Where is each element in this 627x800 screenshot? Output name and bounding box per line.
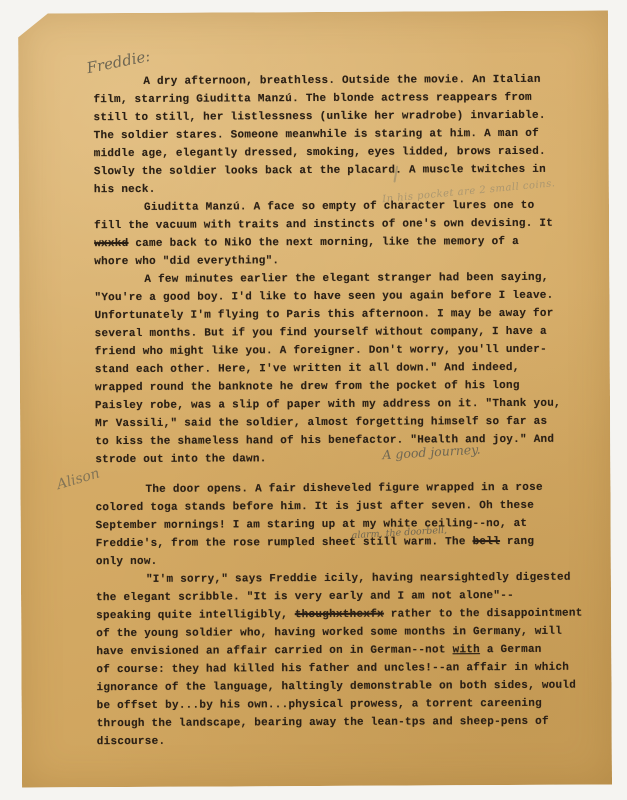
typed-line: through the landscape, bearing away the … [97, 713, 589, 734]
photo-background: { "document": { "colors": { "background"… [0, 0, 627, 800]
typed-line: discourse. [97, 731, 589, 752]
typed-line: Slowly the soldier looks back at the pla… [94, 161, 586, 182]
typed-line: Freddie's, from the rose rumpled sheet s… [96, 533, 588, 554]
typed-line: to kiss the shameless hand of his benefa… [95, 431, 587, 452]
manuscript-page: Freddie: In his pocket are 2 small coins… [18, 10, 612, 787]
typed-text: A dry afternoon, breathless. Outside the… [93, 71, 589, 752]
typed-line: strode out into the dawn. [95, 449, 587, 470]
typed-line: "I'm sorry," says Freddie icily, having … [96, 569, 588, 590]
typed-line: wxxkd came back to NikO the next morning… [94, 233, 586, 254]
